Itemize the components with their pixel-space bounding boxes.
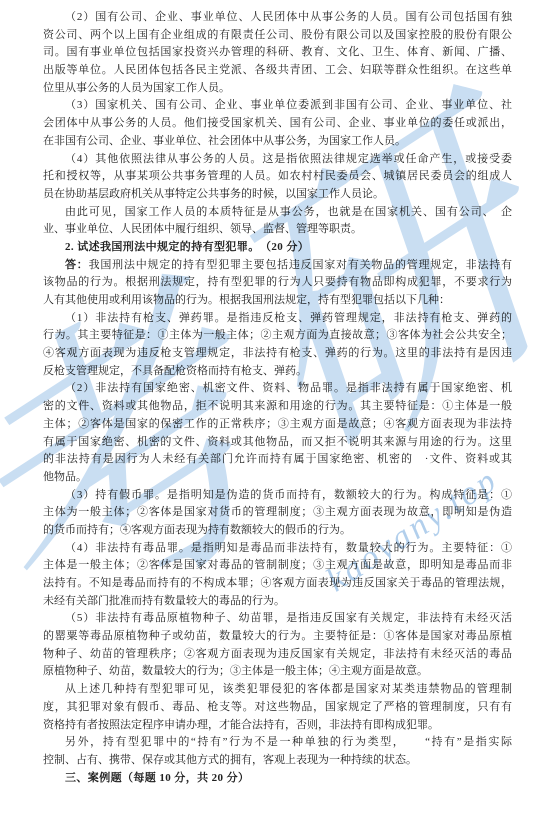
text-line: 的货币而持有；④客观方面表现为持有数额较大的假币的行为。 xyxy=(43,522,512,540)
document-body: （2）国有公司、企业、事业单位、人民团体中从事公务的人员。国有公司包括国有独资公… xyxy=(43,9,512,787)
text-line: 有属于国家绝密、机密的文件、资料或其他物品，而又拒不说明其来源与用途的行为。这里 xyxy=(43,434,512,452)
text-line: 主体是一般主体；②客体是国家对毒品的管制制度；③主观方面是故意，即明知是毒品而非 xyxy=(43,557,512,575)
text-line: （4）非法持有毒品罪。是指明知是毒品而非法持有，数量较大的行为。主要特征：① xyxy=(43,540,512,558)
text-line: 位里从事公务的人员为国家工作人员。 xyxy=(43,80,512,98)
text-line: 法持有。不知是毒品而持有的不构成本罪；④客观方面表现为违反国家关于毒品的管理法规… xyxy=(43,575,512,593)
text-line: 资格持有者按照法定程序申请办理，才能合法持有，否则，非法持有即构成犯罪。 xyxy=(43,717,512,735)
text-line: 度，其犯罪对象有假币、毒品、枪支等。对这些物品，国家规定了严格的管理制度，只有有 xyxy=(43,699,512,717)
text-line: （5）非法持有毒品原植物种子、幼苗罪，是指违反国家有关规定，非法持有未经灭活 xyxy=(43,610,512,628)
text-line: 在非国有公司、企业、事业单位、社会团体中从事公务，为国家工作人员。 xyxy=(43,133,512,151)
text-line: （3）持有假币罪。是指明知是伪造的货币而持有，数额较大的行为。构成特征是：① xyxy=(43,487,512,505)
text-line: 会团体中从事公务的人员。他们接受国家机关、国有公司、企业、事业单位的委任或派出， xyxy=(43,115,512,133)
text-line: 另外，持有型犯罪中的“持有”行为不是一种单独的行为类型， “持有”是指实际 xyxy=(43,734,512,752)
text-line: 原植物种子、幼苗，数量较大的行为；③主体是一般主体；④主观方面是故意。 xyxy=(43,663,512,681)
text-line: 司。国有事业单位包括国家投资兴办管理的科研、教育、文化、卫生、体育、新闻、广播、 xyxy=(43,44,512,62)
text-line: 业、事业单位、人民团体中履行组织、领导、监督、管理等职责。 xyxy=(43,221,512,239)
text-line: 控制、占有、携带、保存或其他方式的拥有，客观上表现为一种持续的状态。 xyxy=(43,752,512,770)
answer-label: 答： xyxy=(65,259,89,271)
text-line: 反枪支管理规定，不具备配枪资格而持有枪支、弹药。 xyxy=(43,363,512,381)
text-line: 物种子、幼苗的管理秩序；②客观方面表现为违反国家有关规定，非法持有未经灭活的毒品 xyxy=(43,646,512,664)
text-line: 三、案例题（每题 10 分，共 20 分） xyxy=(43,770,512,788)
text-line: （2）国有公司、企业、事业单位、人民团体中从事公务的人员。国有公司包括国有独 xyxy=(43,9,512,27)
text-line: 他物品。 xyxy=(43,469,512,487)
text-line: 人有其他使用或利用该物品的行为。根据我国刑法规定，持有型犯罪包括以下几种： xyxy=(43,292,512,310)
text-line: 答：我国刑法中规定的持有型犯罪主要包括违反国家对有关物品的管理规定，非法持有 xyxy=(43,257,512,275)
text-line: 密的文件、资料或其他物品，拒不说明其来源和用途的行为。其主要特征是：①主体是一般 xyxy=(43,398,512,416)
text-line: （4）其他依照法律从事公务的人员。这是指依照法律规定选举或任命产生，或接受委 xyxy=(43,151,512,169)
text-line: （2）非法持有国家绝密、机密文件、资料、物品罪。是指非法持有属于国家绝密、机 xyxy=(43,380,512,398)
text-line: 出版等单位。人民团体包括各民主党派、各级共青团、工会、妇联等群众性组织。在这些单 xyxy=(43,62,512,80)
text-line: 的非法持有是因行为人未经有关部门允许而持有属于国家绝密、机密的 ·文件、资料或其 xyxy=(43,451,512,469)
text-line: ④客观方面表现为违反枪支管理规定，非法持有枪支、弹药的行为。这里的非法持有是因违 xyxy=(43,345,512,363)
text-line: 行为。其主要特征是：①主体为一般主体；②主观方面为直接故意；③客体为社会公共安全… xyxy=(43,327,512,345)
text-line: 由此可见，国家工作人员的本质特征是从事公务，也就是在国家机关、国有公司、 企 xyxy=(43,204,512,222)
text-line: （3）国家机关、国有公司、企业、事业单位委派到非国有公司、企业、事业单位、社 xyxy=(43,97,512,115)
text-line: 主体为一般主体；②客体是国家对货币的管理制度；③主观方面表现为故意，即明知是伪造 xyxy=(43,504,512,522)
text-line: 该物品的行为。根据刑法规定，持有型犯罪的行为人只要持有物品即构成犯罪，不要求行为 xyxy=(43,274,512,292)
scanned-document-page: （2）国有公司、企业、事业单位、人民团体中从事公务的人员。国有公司包括国有独资公… xyxy=(0,0,554,819)
text-line: 主体；②客体是国家的保密工作的正常秩序；③主观方面是故意；④客观方面表现为非法持 xyxy=(43,416,512,434)
text-line: 的罂粟等毒品原植物种子或幼苗，数量较大的行为。主要特征是：①客体是国家对毒品原植 xyxy=(43,628,512,646)
text-line: 从上述几种持有型犯罪可见，该类犯罪侵犯的客体都是国家对某类违禁物品的管理制 xyxy=(43,681,512,699)
text-line: 未经有关部门批准而持有数量较大的毒品的行为。 xyxy=(43,593,512,611)
text-line: 员在协助基层政府机关从事特定公共事务的时候，以国家工作人员论。 xyxy=(43,186,512,204)
text-line: 资公司、两个以上国有企业组成的有限责任公司、股份有限公司以及国家控股的股份有限公 xyxy=(43,27,512,45)
text-line: （1）非法持有枪支、弹药罪。是指违反枪支、弹药管理规定，非法持有枪支、弹药的 xyxy=(43,310,512,328)
text-line: 托和授权等，从事某项公共事务管理的人员。如农村村民委员会、城镇居民委员会的组成人 xyxy=(43,168,512,186)
text-line: 2. 试述我国刑法中规定的持有型犯罪。 （20 分） xyxy=(43,239,512,257)
